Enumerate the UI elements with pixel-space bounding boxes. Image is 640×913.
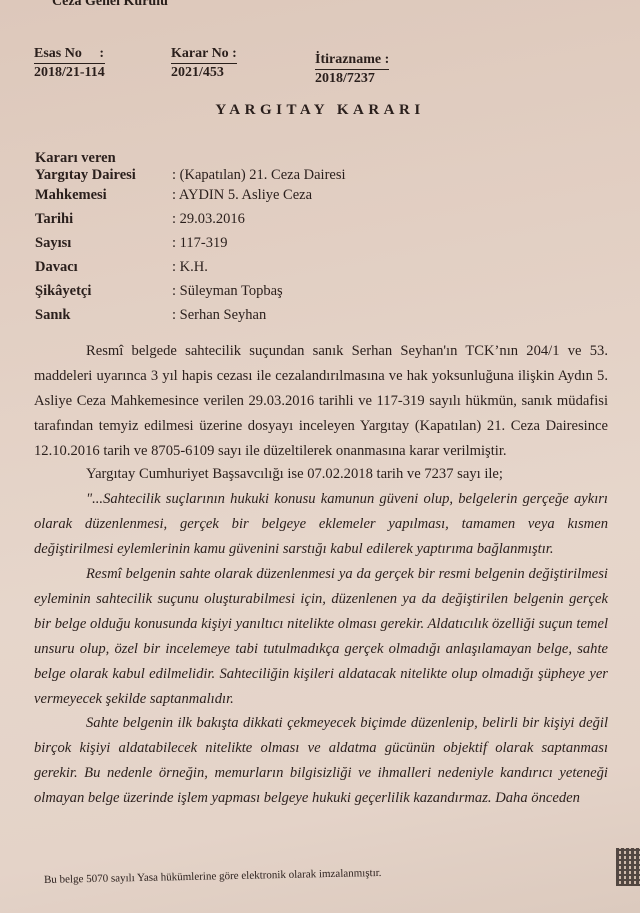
itiraz-label: İtirazname :	[315, 52, 389, 70]
e-signature-note: Bu belge 5070 sayılı Yasa hükümlerine gö…	[44, 867, 382, 886]
info-key: Yargıtay Dairesi	[35, 167, 136, 184]
esas-no: Esas No : 2018/21-114	[34, 46, 105, 81]
info-heading: Kararı veren	[35, 150, 116, 167]
info-value: : Süleyman Topbaş	[172, 283, 283, 300]
info-key: Davacı	[35, 259, 78, 276]
itiraz-value: 2018/7237	[315, 70, 389, 87]
info-key: Sanık	[35, 307, 70, 324]
info-value: : (Kapatılan) 21. Ceza Dairesi	[172, 167, 346, 184]
qr-code-icon	[616, 848, 640, 886]
info-value: : 117-319	[172, 235, 227, 252]
document-title: YARGITAY KARARI	[0, 102, 640, 119]
info-value: : Serhan Seyhan	[172, 307, 266, 324]
paragraph-quote-3: Sahte belgenin ilk bakışta dikkati çekme…	[34, 711, 608, 811]
info-value: : 29.03.2016	[172, 211, 245, 228]
paragraph-ruling-history: Resmî belgede sahtecilik suçundan sanık …	[34, 339, 608, 464]
paragraph-quote-1: "...Sahtecilik suçlarının hukuki konusu …	[34, 487, 608, 562]
paragraph-prosecutor: Yargıtay Cumhuriyet Başsavcılığı ise 07.…	[34, 462, 608, 487]
esas-value: 2018/21-114	[34, 64, 105, 81]
court-name: Ceza Genel Kurulu	[52, 0, 168, 10]
info-key: Sayısı	[35, 235, 71, 252]
info-value: : K.H.	[172, 259, 208, 276]
info-key: Mahkemesi	[35, 187, 107, 204]
info-value: : AYDIN 5. Asliye Ceza	[172, 187, 312, 204]
document-page: Ceza Genel Kurulu Esas No : 2018/21-114 …	[0, 0, 640, 913]
karar-no: Karar No : 2021/453	[171, 46, 237, 81]
esas-label: Esas No :	[34, 46, 105, 64]
paragraph-quote-2: Resmî belgenin sahte olarak düzenlenmesi…	[34, 562, 608, 712]
info-key: Şikâyetçi	[35, 283, 91, 300]
info-key: Tarihi	[35, 211, 73, 228]
karar-label: Karar No :	[171, 46, 237, 64]
karar-value: 2021/453	[171, 64, 237, 81]
itirazname: İtirazname : 2018/7237	[315, 52, 389, 87]
